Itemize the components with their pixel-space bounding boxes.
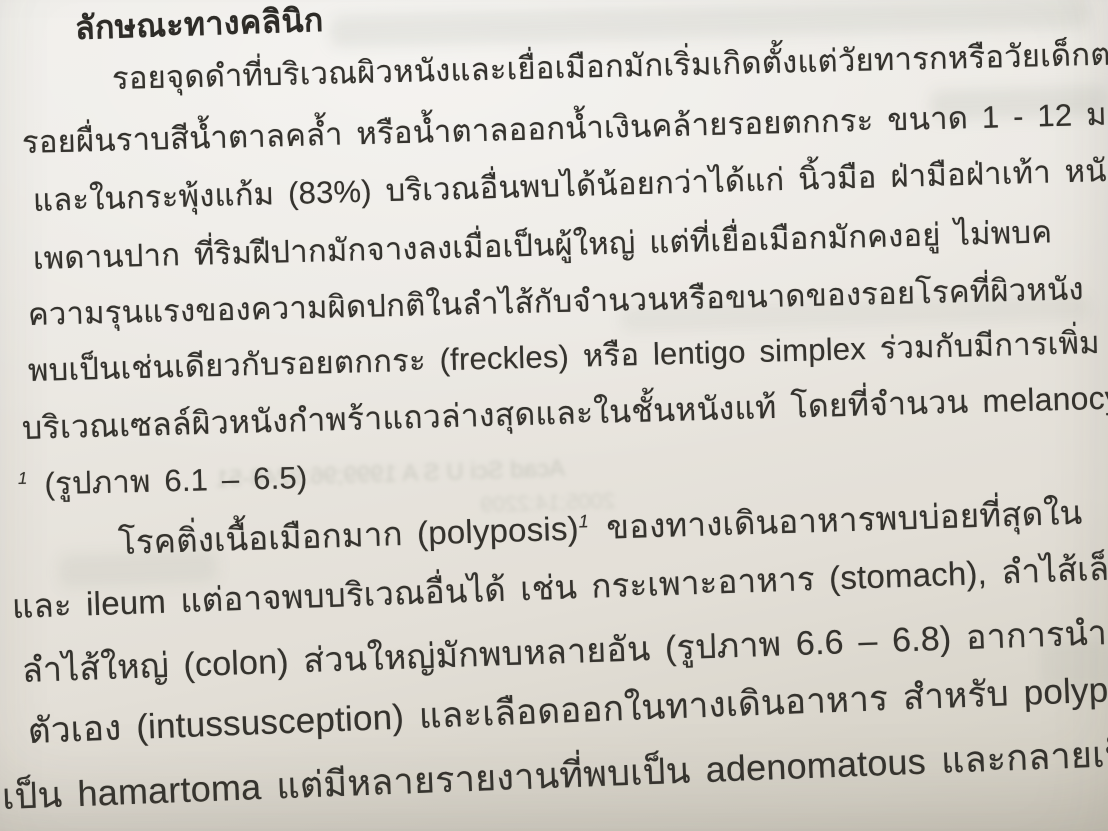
line-text: ของทางเดินอาหารพบบ่อยที่สุดใน [606, 494, 1083, 546]
line-text: รอยผื่นราบสีน้ำตาลคล้ำ หรือน้ำตาลออกน้ำเ… [22, 96, 1108, 160]
line-text: โรคติ่งเนื้อเมือกมาก (polyposis) [117, 510, 579, 561]
line-text: ความรุนแรงของความผิดปกติในลำไส้กับจำนวนห… [28, 271, 1085, 332]
photographed-book-page: Acad Sci U S A 1999;96:9248-51 2005;14:2… [0, 0, 1108, 831]
footnote-marker: 1 [18, 468, 28, 487]
text-line-8: 1 (รูปภาพ 6.1 – 6.5) [17, 455, 307, 509]
section-heading: ลักษณะทางคลินิก [74, 0, 324, 52]
footnote-marker: 1 [578, 511, 589, 531]
line-text: (รูปภาพ 6.1 – 6.5) [44, 460, 308, 501]
line-text: เพดานปาก ที่ริมฝีปากมักจางลงเมื่อเป็นผู้… [33, 214, 1053, 276]
